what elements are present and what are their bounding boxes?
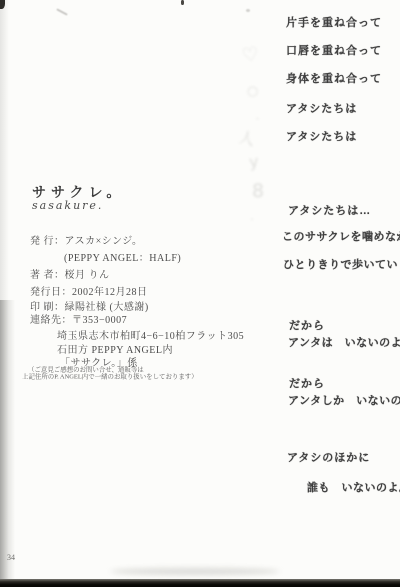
- left-edge-shadow-bottom: [0, 300, 16, 580]
- verse-line: 身体を重ね合って: [286, 70, 382, 86]
- doujinshi-colophon-page: ♡ ○ ・ 人 y 8 ・ 片手を重ね合って 口唇を重ね合って 身体を重ね合って…: [0, 0, 400, 587]
- row-label: 連絡先：: [30, 315, 72, 326]
- ghost-loop-mark: y: [248, 152, 259, 172]
- colophon-block: ササクレ。 sasakure. 発 行：アスカ×シンジ。 (PEPPY ANGE…: [30, 182, 265, 392]
- row-label: 発行日：: [30, 287, 72, 298]
- book-title-romaji: sasakure.: [32, 199, 103, 212]
- row-value: 桜月 りん: [65, 270, 110, 281]
- page-number: 34: [7, 553, 15, 562]
- verse-line: ひとりきりで歩いていくの。: [283, 256, 400, 272]
- verse-line: 口唇を重ね合って: [286, 42, 382, 58]
- ghost-dot-mark: ・: [253, 112, 262, 125]
- row-label: 発 行：: [30, 236, 65, 247]
- ghost-circle-mark: ○: [247, 84, 258, 99]
- verse-line: だから: [289, 317, 325, 333]
- scan-scratch-mark: [56, 8, 68, 15]
- row-value: (PEPPY ANGEL：HALF): [64, 253, 181, 264]
- row-value: 2002年12月28日: [72, 287, 148, 298]
- scan-dust-speck: [246, 9, 250, 12]
- row-value: 〒353−0007: [72, 315, 127, 326]
- verse-line: 誰も いないのよ。: [307, 479, 400, 495]
- row-value: アスカ×シンジ。: [65, 236, 143, 247]
- colophon-note-line: 上記住所のP. ANGEL内で一緒のお取り扱いをしております）: [22, 372, 198, 381]
- row-label: 著 者：: [30, 270, 65, 281]
- verse-line: 片手を重ね合って: [286, 14, 382, 30]
- colophon-row-author: 著 者：桜月 りん: [30, 266, 110, 281]
- verse-line: アタシたちは: [286, 100, 357, 116]
- verse-line: だから: [289, 375, 325, 391]
- ghost-heart-mark: ♡: [240, 43, 261, 68]
- verse-line: アンタしか いないのよ。: [288, 392, 400, 408]
- verse-line: アンタは いないのよ。: [288, 334, 400, 350]
- colophon-row-publisher: 発 行：アスカ×シンジ。: [30, 232, 142, 247]
- bottom-scan-smudge: [110, 568, 280, 575]
- address-line: 埼玉県志木市柏町4−6−10柏フラット305: [57, 327, 244, 342]
- left-edge-shadow-top: [0, 0, 10, 300]
- ghost-stroke-mark: 人: [237, 125, 257, 151]
- colophon-row-date: 発行日：2002年12月28日: [30, 283, 148, 298]
- colophon-row-circle: (PEPPY ANGEL：HALF): [64, 249, 181, 264]
- colophon-row-contact: 連絡先：〒353−0007: [30, 311, 127, 326]
- top-edge-speck: [181, 0, 184, 5]
- verse-line: アタシたちは…: [288, 202, 371, 218]
- verse-line: アタシたちは: [286, 128, 357, 144]
- verse-line: アタシのほかに: [287, 449, 370, 465]
- bottom-page-edge: [0, 579, 400, 587]
- verse-line: このササクレを噛めながら: [282, 228, 400, 244]
